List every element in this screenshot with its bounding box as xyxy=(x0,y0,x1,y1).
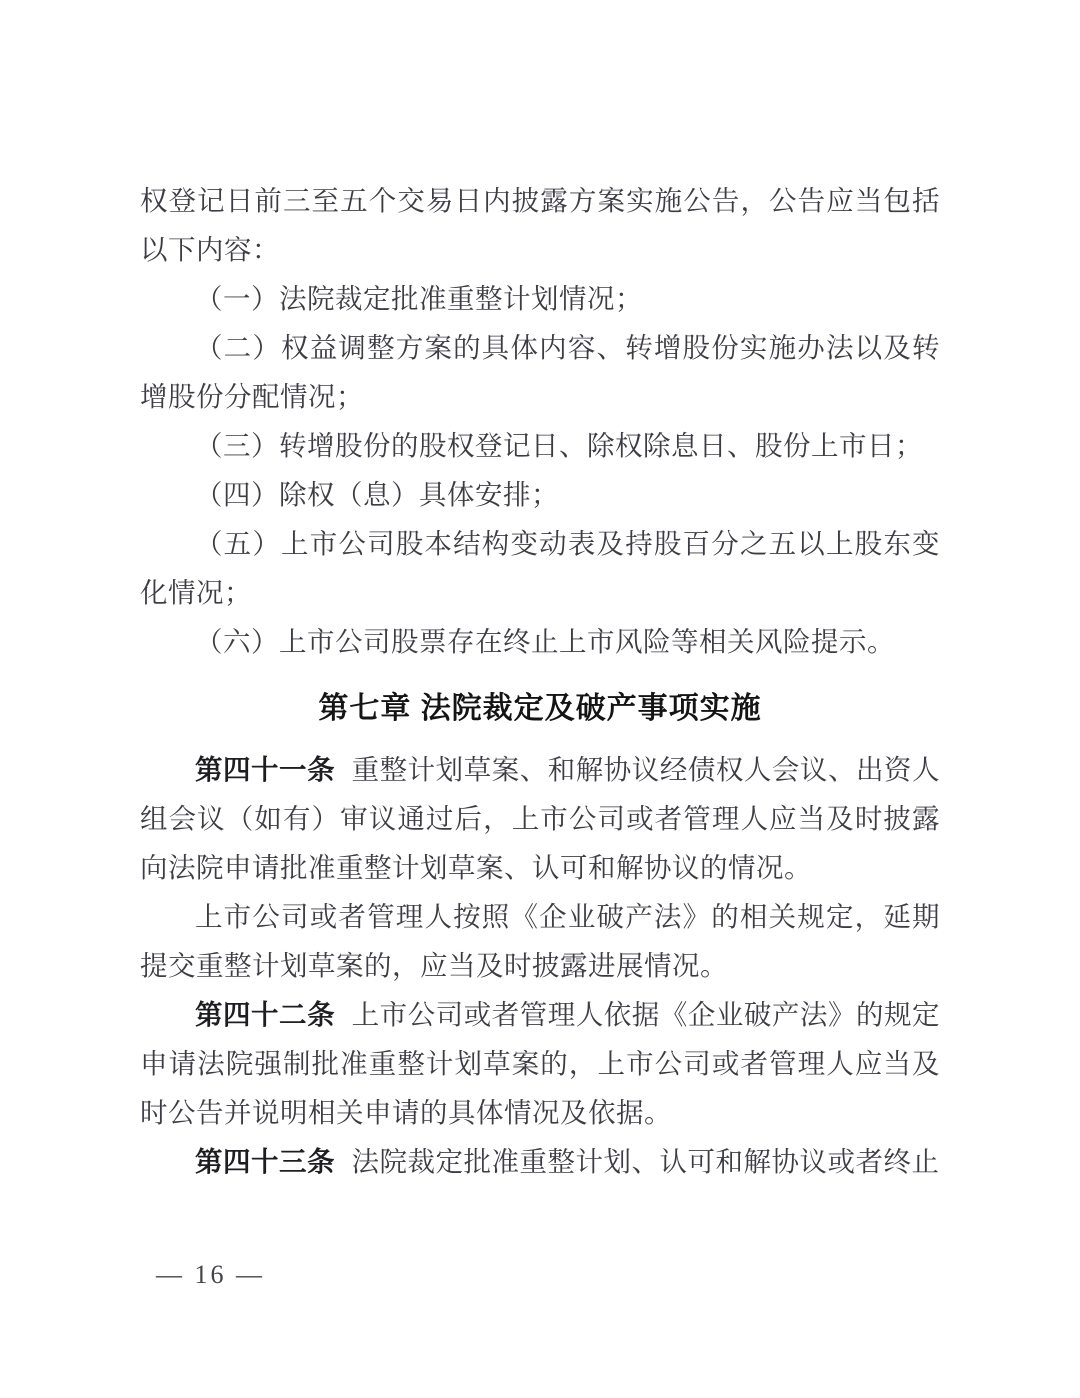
document-body: 权登记日前三至五个交易日内披露方案实施公告，公告应当包括以下内容： （一）法院裁… xyxy=(140,176,940,1186)
article-42: 第四十二条上市公司或者管理人依据《企业破产法》的规定申请法院强制批准重整计划草案… xyxy=(140,990,940,1137)
chapter-heading: 第七章 法院裁定及破产事项实施 xyxy=(140,684,940,733)
list-item-6: （六）上市公司股票存在终止上市风险等相关风险提示。 xyxy=(140,617,940,666)
list-item-4: （四）除权（息）具体安排； xyxy=(140,470,940,519)
list-item-5: （五）上市公司股本结构变动表及持股百分之五以上股东变化情况； xyxy=(140,519,940,617)
article-41-number: 第四十一条 xyxy=(195,754,335,785)
article-43-number: 第四十三条 xyxy=(195,1146,335,1177)
article-43: 第四十三条法院裁定批准重整计划、认可和解协议或者终止 xyxy=(140,1137,940,1186)
article-41: 第四十一条重整计划草案、和解协议经债权人会议、出资人组会议（如有）审议通过后，上… xyxy=(140,745,940,892)
article-42-number: 第四十二条 xyxy=(195,999,335,1030)
list-item-2: （二）权益调整方案的具体内容、转增股份实施办法以及转增股份分配情况； xyxy=(140,323,940,421)
document-page: 权登记日前三至五个交易日内披露方案实施公告，公告应当包括以下内容： （一）法院裁… xyxy=(0,0,1080,1398)
page-number: — 16 — xyxy=(156,1260,265,1290)
list-item-1: （一）法院裁定批准重整计划情况； xyxy=(140,274,940,323)
article-41-paragraph-2: 上市公司或者管理人按照《企业破产法》的相关规定，延期提交重整计划草案的，应当及时… xyxy=(140,892,940,990)
list-item-3: （三）转增股份的股权登记日、除权除息日、股份上市日； xyxy=(140,421,940,470)
article-43-text: 法院裁定批准重整计划、认可和解协议或者终止 xyxy=(352,1146,940,1177)
paragraph-continuation: 权登记日前三至五个交易日内披露方案实施公告，公告应当包括以下内容： xyxy=(140,176,940,274)
